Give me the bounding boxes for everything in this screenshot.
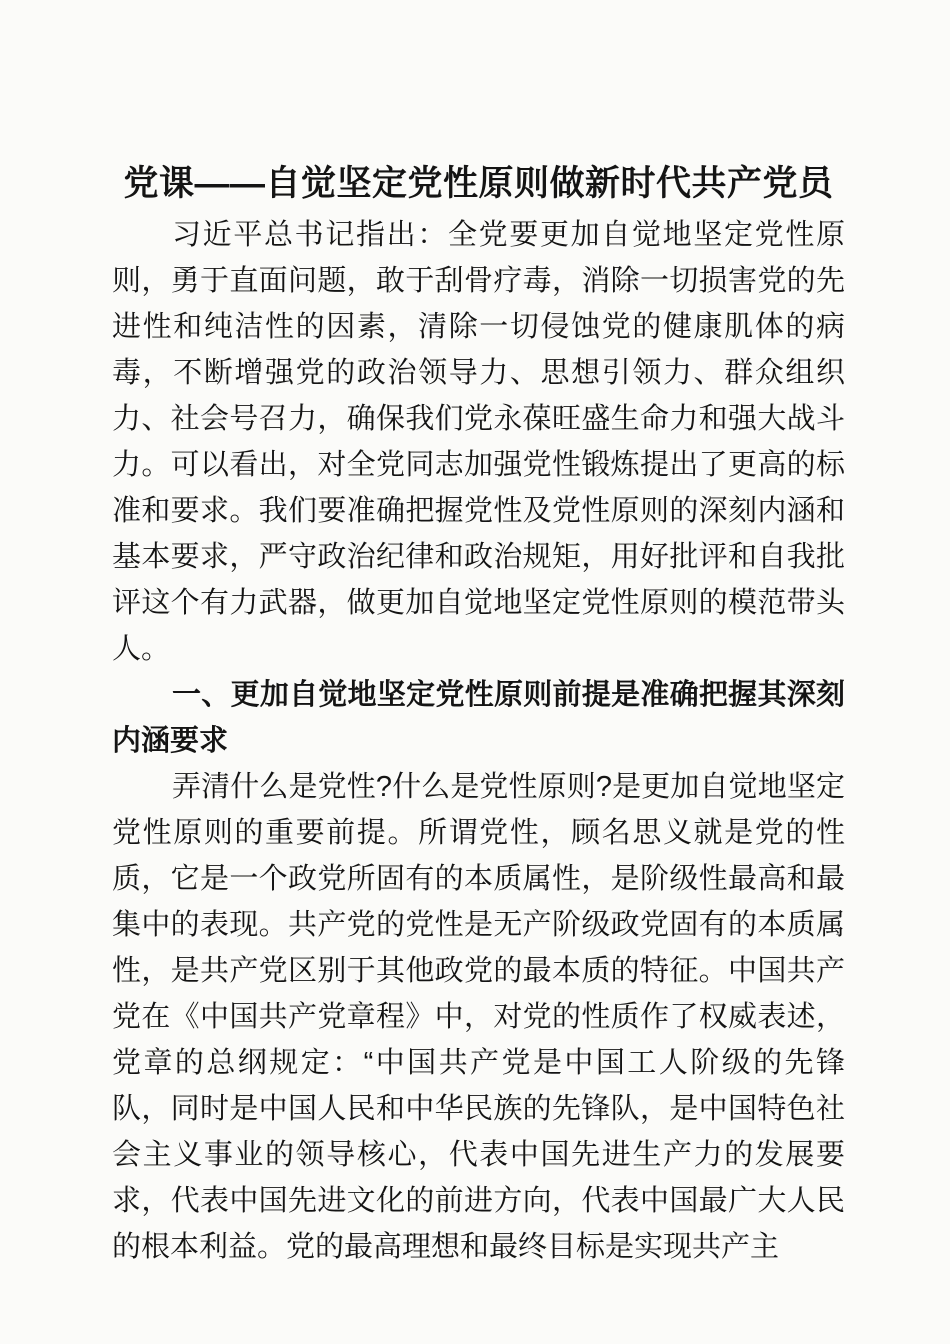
document-title: 党课——自觉坚定党性原则做新时代共产党员 bbox=[112, 156, 845, 212]
body-paragraph: 弄清什么是党性?什么是党性原则?是更加自觉地坚定党性原则的重要前提。所谓党性，顾… bbox=[112, 764, 845, 1270]
intro-paragraph: 习近平总书记指出：全党要更加自觉地坚定党性原则，勇于直面问题，敢于刮骨疗毒，消除… bbox=[112, 212, 845, 672]
section-heading: 一、更加自觉地坚定党性原则前提是准确把握其深刻内涵要求 bbox=[112, 672, 845, 764]
document-page: 党课——自觉坚定党性原则做新时代共产党员 习近平总书记指出：全党要更加自觉地坚定… bbox=[0, 0, 950, 1344]
